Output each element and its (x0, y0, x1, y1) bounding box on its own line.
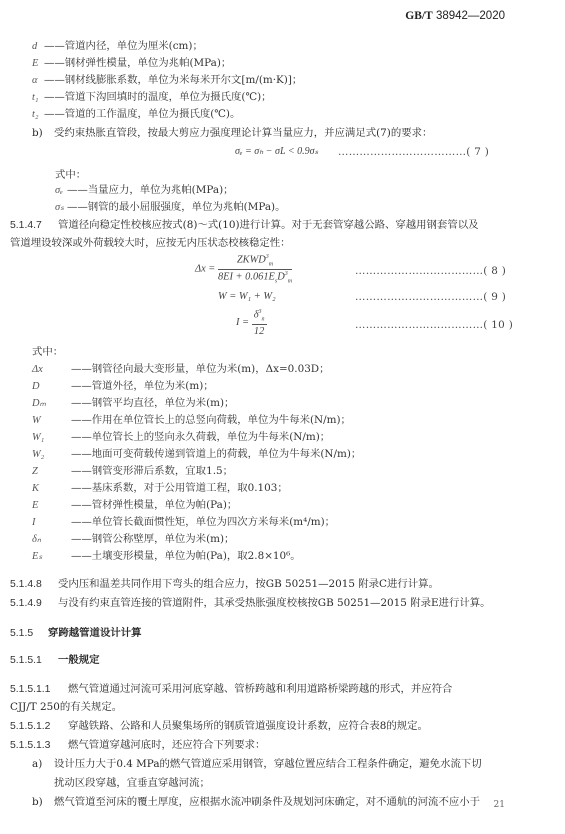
definition-list-b: σₑ——当量应力，单位为兆帕(MPa)； σₛ——钢管的最小屈服强度，单位为兆帕… (55, 182, 286, 216)
definition-item: Dₘ——钢管平均直径，单位为米(m)； (32, 395, 361, 412)
list-item-a-cont: 扰动区段穿越，宜垂直穿越河流； (54, 774, 210, 789)
clause-5-1-5-1-1: 5.1.5.1.1燃气管道通过河流可采用河底穿越、管桥跨越和利用道路桥梁跨越的形… (10, 680, 452, 695)
definition-item: σₛ——钢管的最小屈服强度，单位为兆帕(MPa)。 (55, 199, 286, 216)
definition-item: D——管道外径，单位为米(m)； (32, 378, 361, 395)
definition-list-5-1-4-7: Δx——钢管径向最大变形量，单位为米(m)，Δx=0.03D； D——管道外径，… (32, 361, 361, 565)
definition-item: W——作用在单位管长上的总竖向荷载，单位为牛每米(N/m)； (32, 412, 361, 429)
equation-number-8: ………………………………( 8 ) (355, 265, 506, 277)
definition-item: Eₛ——土壤变形模量，单位为帕(Pa)，取2.8×10⁶。 (32, 548, 361, 565)
clause-5-1-5-1-2: 5.1.5.1.2穿越铁路、公路和人员聚集场所的钢质管道强度设计系数，应符合表8… (10, 717, 428, 732)
definition-item: W₁——单位管长上的竖向永久荷载，单位为牛每米(N/m)； (32, 429, 361, 446)
clause-5-1-4-8: 5.1.4.8受内压和温差共同作用下弯头的组合应力，按GB 50251—2015… (10, 575, 439, 590)
definition-item: t₁——管道下沟回填时的温度，单位为摄氏度(℃)； (32, 89, 302, 106)
equation-7: σₑ = σₕ − σL < 0.9σₛ (235, 146, 318, 157)
section-5-1-5-1-heading: 5.1.5.1一般规定 (10, 651, 100, 666)
definition-item: α——钢材线膨胀系数，单位为米每米开尔文[m/(m·K)]； (32, 72, 302, 89)
where-label: 式中： (32, 343, 63, 358)
equation-10: I = δ3n 12 (236, 309, 267, 337)
definition-item: Z——钢管变形滞后系数，宜取1.5； (32, 463, 361, 480)
clause-5-1-4-7: 5.1.4.7管道径向稳定性校核应按式(8)～式(10)进行计算。对于无套管穿越… (10, 216, 479, 231)
equation-9: W = W₁ + W₂ (218, 291, 276, 302)
clause-5-1-4-9: 5.1.4.9与没有约束直管连接的管道附件，其承受热胀强度校核按GB 50251… (10, 594, 491, 609)
definition-item: d——管道内径，单位为厘米(cm)； (32, 38, 302, 55)
definition-item: σₑ——当量应力，单位为兆帕(MPa)； (55, 182, 286, 199)
definition-item: I——单位管长截面惯性矩，单位为四次方米每米(m⁴/m)； (32, 514, 361, 531)
definition-item: K——基床系数，对于公用管道工程，取0.103； (32, 480, 361, 497)
clause-5-1-4-7-cont: 管道埋设较深或外荷载较大时，应按无内压状态校核稳定性： (10, 234, 291, 249)
definition-item: E——管材弹性模量，单位为帕(Pa)； (32, 497, 361, 514)
clause-5-1-5-1-1-cont: CJJ/T 250的有关规定。 (10, 698, 122, 713)
standard-prefix: GB/T (405, 10, 432, 22)
list-item-b: b)受约束热胀直管段，按最大剪应力强度理论计算当量应力，并应满足式(7)的要求： (32, 124, 432, 139)
definition-item: E——钢材弹性模量，单位为兆帕(MPa)； (32, 55, 302, 72)
page-number: 21 (494, 800, 505, 810)
standard-number: GB/T 38942—2020 (405, 10, 505, 22)
list-item-a: a)设计压力大于0.4 MPa的燃气管道应采用钢管，穿越位置应结合工程条件确定，… (32, 755, 482, 770)
equation-number-9: ………………………………( 9 ) (355, 291, 506, 303)
definition-item: W₂——地面可变荷载传递到管道上的荷载，单位为牛每米(N/m)； (32, 446, 361, 463)
equation-number-7: ………………………………( 7 ) (338, 146, 489, 158)
clause-5-1-5-1-3: 5.1.5.1.3燃气管道穿越河底时，还应符合下列要求： (10, 736, 265, 751)
section-5-1-5-heading: 5.1.5穿跨越管道设计计算 (10, 624, 142, 639)
equation-number-10: ………………………………( 10 ) (355, 319, 513, 331)
definition-item: δₙ——钢管公称壁厚，单位为米(m)； (32, 531, 361, 548)
standard-code: 38942—2020 (436, 10, 505, 22)
where-label: 式中： (55, 166, 86, 181)
definition-item: t₂——管道的工作温度，单位为摄氏度(℃)。 (32, 106, 302, 123)
definition-item: Δx——钢管径向最大变形量，单位为米(m)，Δx=0.03D； (32, 361, 361, 378)
equation-8: Δx = ZKWD3m 8EI + 0.061EsD3m (195, 254, 292, 284)
list-item-b-river: b)燃气管道至河床的覆土厚度，应根据水流冲刷条件及规划河床确定，对不通航的河流不… (32, 793, 480, 808)
definition-list-a: d——管道内径，单位为厘米(cm)； E——钢材弹性模量，单位为兆帕(MPa)；… (32, 38, 302, 123)
